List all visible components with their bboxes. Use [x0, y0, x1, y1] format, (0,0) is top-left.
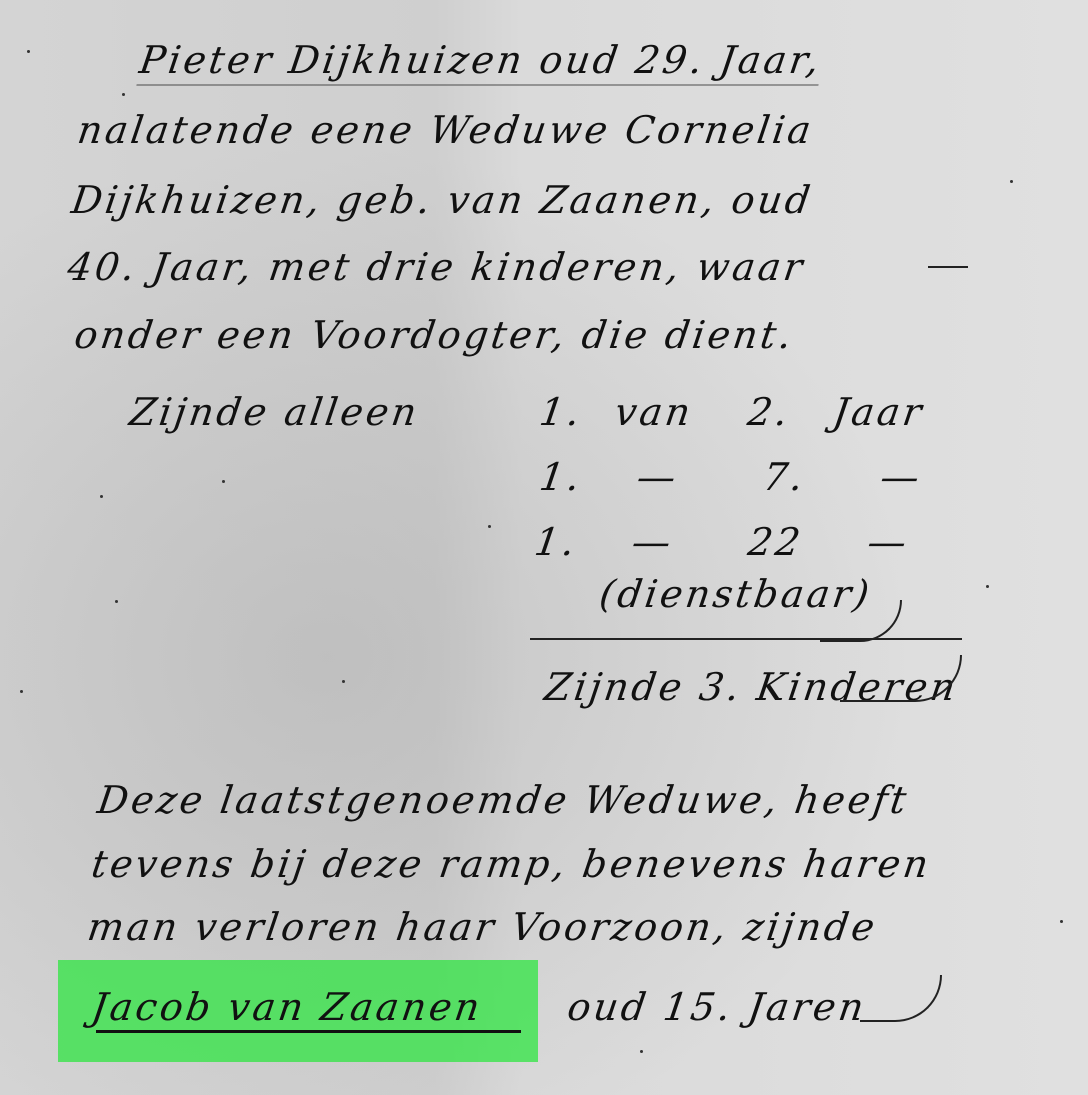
speck	[640, 1050, 643, 1053]
text-line-3: Dijkhuizen, geb. van Zaanen, oud	[69, 178, 816, 222]
speck	[100, 495, 103, 498]
speck	[122, 93, 125, 96]
speck	[986, 585, 989, 588]
text-line-6: Zijnde alleen	[127, 390, 422, 434]
speck	[27, 50, 30, 53]
para2-line-2: tevens bij deze ramp, benevens haren	[89, 842, 934, 886]
speck	[488, 525, 491, 528]
text-line-4: 40. Jaar, met drie kinderen, waar	[65, 245, 808, 289]
text-line-1: Pieter Dijkhuizen oud 29. Jaar,	[137, 38, 825, 82]
speck	[222, 480, 225, 483]
speck	[1010, 180, 1013, 183]
speck	[342, 680, 345, 683]
speck	[20, 690, 23, 693]
speck	[115, 600, 118, 603]
name-pieter: Pieter Dijkhuizen oud 29. Jaar,	[136, 38, 824, 86]
para2-line-3: man verloren haar Voorzoon, zijnde	[85, 905, 880, 949]
final-flourish	[860, 975, 942, 1022]
speck	[1060, 920, 1063, 923]
highlighted-name: Jacob van Zaanen	[89, 985, 485, 1029]
child-row-3: 1. — 22 —	[532, 520, 912, 564]
curved-stroke	[820, 600, 902, 642]
para2-line-1: Deze laatstgenoemde Weduwe, heeft	[95, 778, 912, 822]
text-line-2: nalatende eene Weduwe Cornelia	[75, 108, 817, 152]
name-underline	[96, 1030, 521, 1033]
document-scan: Pieter Dijkhuizen oud 29. Jaar, nalatend…	[0, 0, 1088, 1095]
hyphen-dash	[928, 266, 968, 268]
child-row-2: 1. — 7. —	[537, 455, 925, 499]
text-line-5: onder een Voordogter, die dient.	[72, 313, 797, 357]
child-row-1: 1. van 2. Jaar	[537, 390, 927, 434]
sum-rule	[530, 638, 962, 640]
final-line-rest: oud 15. Jaren	[565, 985, 869, 1029]
